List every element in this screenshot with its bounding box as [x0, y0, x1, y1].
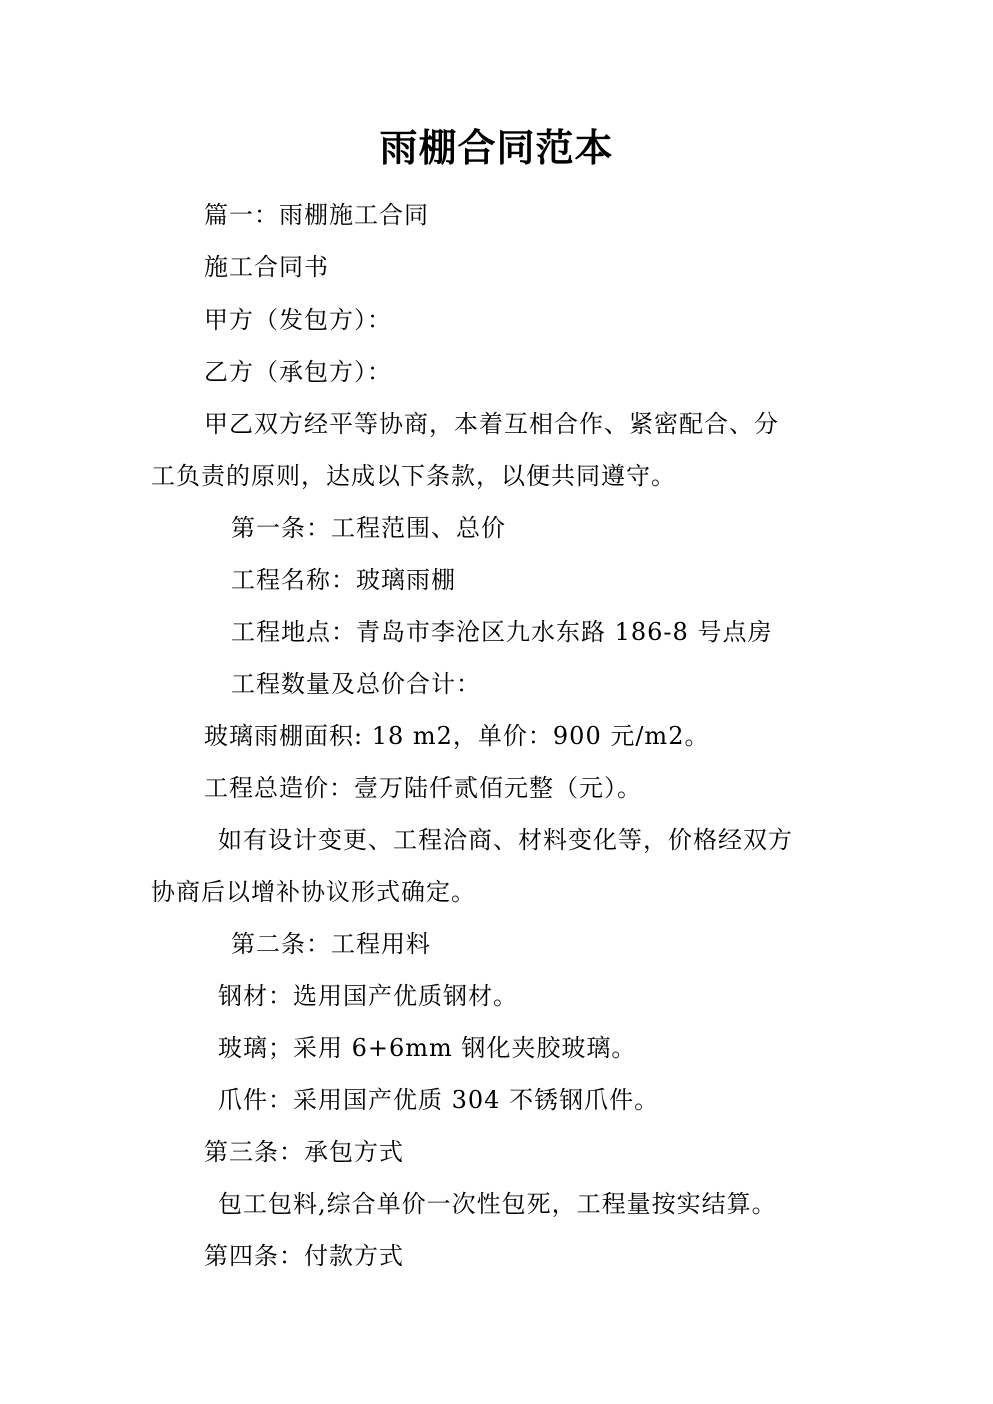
material-claw-fittings: 爪件：采用国产优质 304 不锈钢爪件。	[218, 1084, 659, 1116]
area-unit-price: 玻璃雨棚面积: 18 m2，单价：900 元/m2。	[204, 720, 709, 752]
party-a-field: 甲方（发包方）：	[204, 304, 392, 336]
party-b-field: 乙方（承包方）：	[204, 356, 392, 388]
project-location: 工程地点：青岛市李沧区九水东路 186-8 号点房	[231, 616, 772, 648]
change-clause-line-2: 协商后以增补协议形式确定。	[151, 876, 476, 908]
material-steel: 钢材：选用国产优质钢材。	[218, 980, 518, 1012]
total-cost: 工程总造价：壹万陆仟贰佰元整（元）。	[204, 772, 642, 804]
article-3-heading: 第三条：承包方式	[204, 1136, 404, 1168]
document-title: 雨棚合同范本	[0, 124, 993, 172]
contracting-method: 包工包料,综合单价一次性包死，工程量按实结算。	[218, 1188, 777, 1220]
paragraph-intro-line-1: 甲乙双方经平等协商，本着互相合作、紧密配合、分	[204, 408, 779, 440]
quantity-total-label: 工程数量及总价合计：	[231, 668, 481, 700]
article-1-heading: 第一条：工程范围、总价	[231, 512, 506, 544]
article-4-heading: 第四条：付款方式	[204, 1240, 404, 1272]
project-name: 工程名称：玻璃雨棚	[231, 564, 456, 596]
change-clause-line-1: 如有设计变更、工程洽商、材料变化等，价格经双方	[218, 824, 793, 856]
section-heading-part-one: 篇一：雨棚施工合同	[204, 199, 429, 231]
article-2-heading: 第二条：工程用料	[231, 928, 431, 960]
material-glass: 玻璃；采用 6+6mm 钢化夹胶玻璃。	[218, 1032, 636, 1064]
contract-subtitle: 施工合同书	[204, 251, 329, 283]
document-page: 雨棚合同范本 篇一：雨棚施工合同 施工合同书 甲方（发包方）： 乙方（承包方）：…	[0, 0, 993, 1404]
paragraph-intro-line-2: 工负责的原则，达成以下条款，以便共同遵守。	[151, 460, 676, 492]
